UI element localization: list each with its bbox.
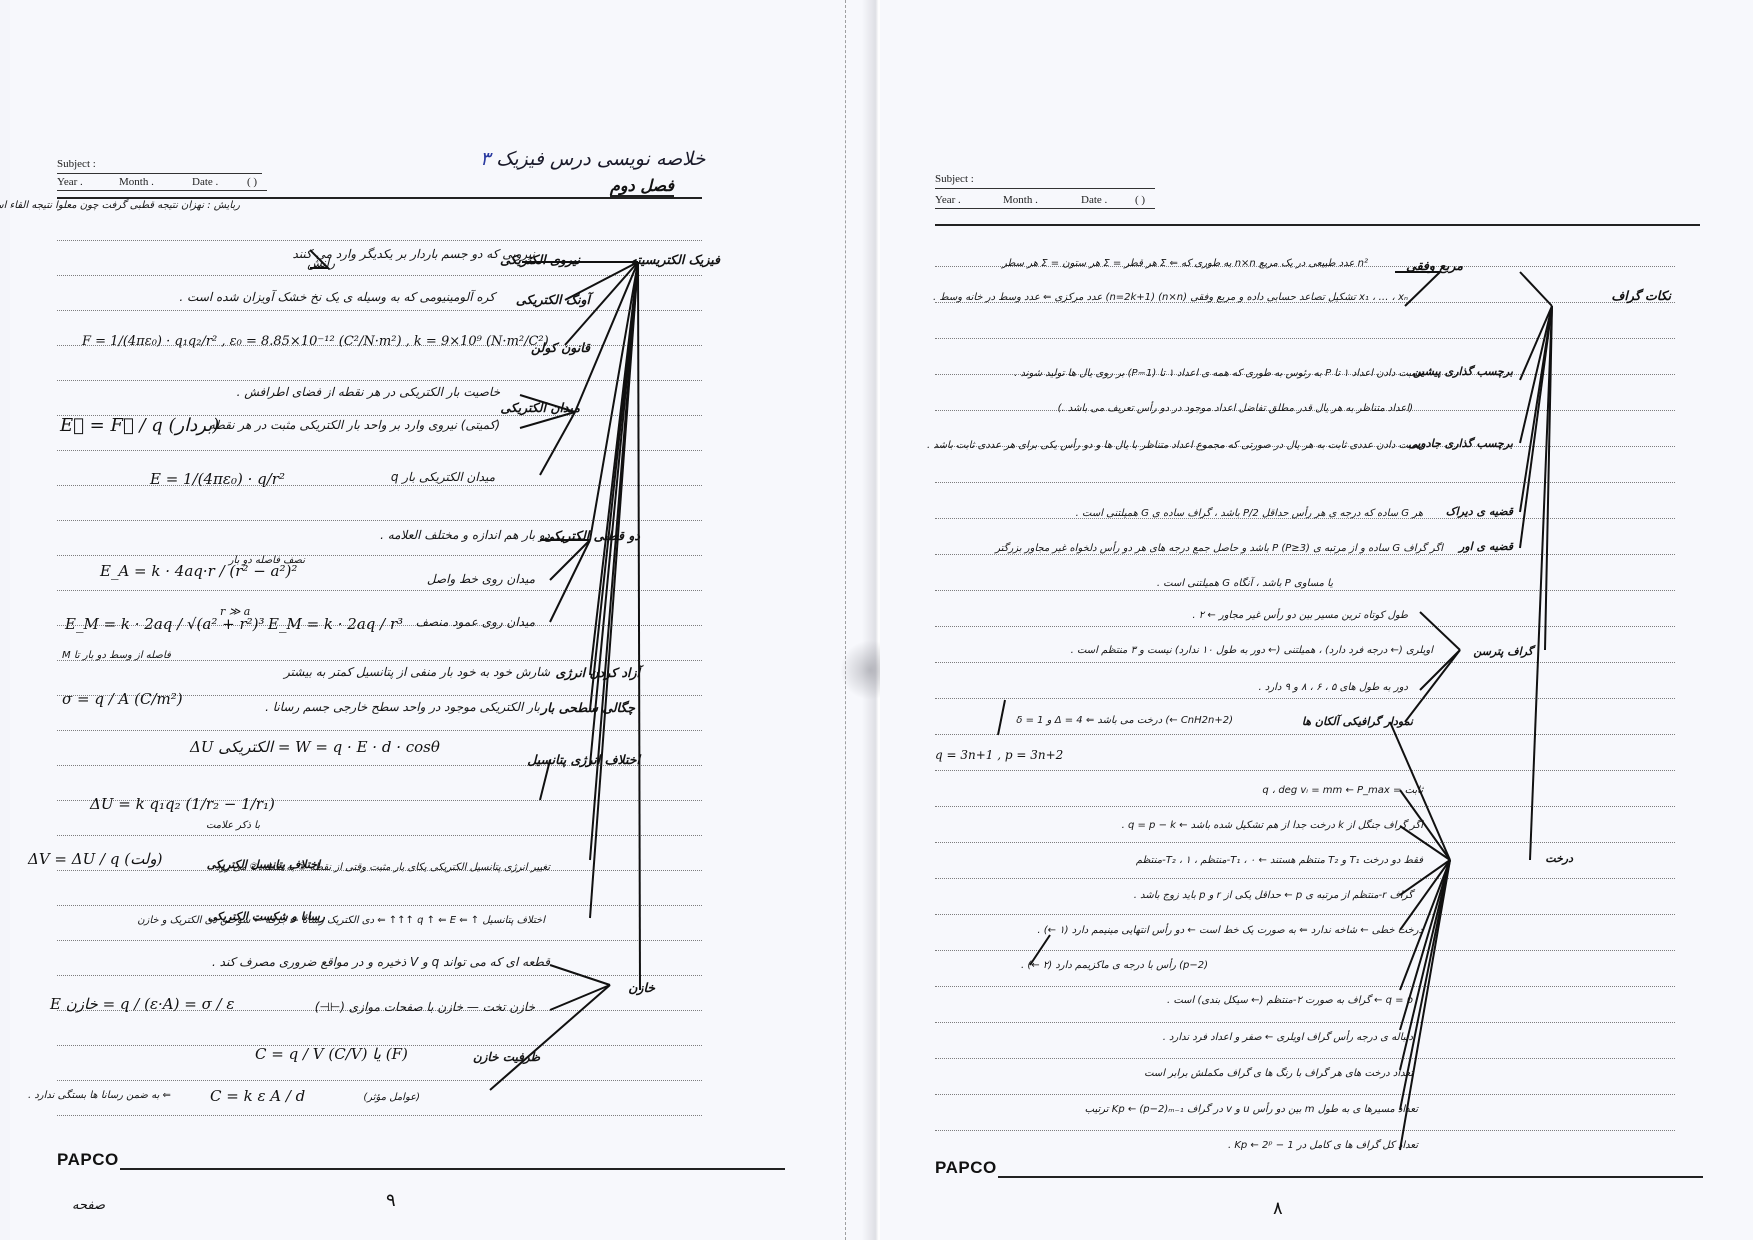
note-electric-pendulum: کره آلومینیومی که به وسیله ی یک نخ خشک آ… <box>179 290 495 304</box>
note-tree-6: (p−2) رأس با درجه ی ماکزیمم دارد (۲ ←) . <box>1021 960 1208 971</box>
root-topic: فیزیک الکتریسیته <box>631 252 720 267</box>
note-with-sign: با ذکر علامت <box>206 820 260 831</box>
note-repulsion: رانش <box>307 256 335 270</box>
note-magic-labeling: نسبت دادن عددی ثابت به هر یال در صورتی ک… <box>927 440 1423 451</box>
note-tree-11: تعداد کل گراف ها ی کامل در Kp ← 2ᵖ − 1 . <box>1228 1140 1418 1151</box>
topic-capacitance: ظرفیت خازن <box>473 1050 540 1064</box>
note-dielectric-breakdown: اختلاف پتانسیل ↑ ⇐ q ↑ ⇐ E ↑↑↑ ⇐ دی الکت… <box>137 915 545 926</box>
condition-r-gg-a: r ≫ a <box>220 605 250 618</box>
note-tree-2: اگر گراف جنگل از k درخت جدا از هم تشکیل … <box>1122 820 1423 831</box>
topic-magic-square: مربع وفقی <box>1406 258 1463 273</box>
page-label: صفحه <box>72 1198 105 1213</box>
note-magic-square-2: x₁ ، … ، xₙ تشکیل تصاعد حسابی داده و مرب… <box>933 292 1408 303</box>
note-tree-8: دنباله ی درجه رأس گراف اویلری ← صفر و اع… <box>1163 1032 1413 1043</box>
formula-delta-v: ΔV = ΔU / q (ولت) <box>28 850 162 868</box>
note-dirac: هر G ساده که درجه ی هر رأس حداقل P/2 باش… <box>1076 508 1423 519</box>
topic-dirac-theorem: قضیه ی دیراک <box>1446 505 1513 518</box>
note-half-distance: نصف فاصله دو بار <box>229 555 305 566</box>
note-tree-4: گراف r-منتظم از مرتبه ی p ← حداقل یکی از… <box>1134 890 1413 901</box>
left-page: Subject : Year . Month . Date . ( ) خلاص… <box>10 0 880 1240</box>
notebook-spread: Subject : Year . Month . Date . ( ) خلاص… <box>0 0 1753 1240</box>
note-tree-7: q = p ← گراف به صورت ۲-منتظم (← سیکل بند… <box>1167 995 1413 1006</box>
note-ore-1: اگر گراف G ساده و از مرتبه ی P (P≥3) باش… <box>995 543 1443 554</box>
topic-energy-release: آزاد کردن انرژی <box>555 665 640 680</box>
topic-tree: درخت <box>1545 852 1573 865</box>
note-graceful-1: نسبت دادن اعداد ۱ تا P به رئوس به طوری ک… <box>1014 368 1423 379</box>
formula-alkane: q = 3n+1 , p = 3n+2 <box>935 748 1063 762</box>
note-field-1: خاصیت بار الکتریکی در هر نقطه از فضای اط… <box>237 385 500 399</box>
footer-rule <box>120 1168 785 1170</box>
note-dipole-3: میدان روی عمود منصف <box>416 615 535 629</box>
note-energy-release: شارش خود به خود بار منفی از پتانسیل کمتر… <box>284 665 550 679</box>
page-number: ۸ <box>1273 1198 1283 1219</box>
formula-capacitor-field: E خازن = q / (ε·A) = σ / ε <box>50 995 234 1013</box>
note-surface-charge: بار الکتریکی موجود در واحد سطح خارجی جسم… <box>265 700 540 714</box>
topic-ore-theorem: قضیه ی اور <box>1459 540 1513 553</box>
footer-rule <box>998 1176 1703 1178</box>
note-effective-factors: (عوامل مؤثر) <box>363 1092 420 1103</box>
topic-petersen-graph: گراف پترسن <box>1473 645 1533 658</box>
note-potential-diff: تغییر انرژی پتانسیل الکتریکی یکای بار مث… <box>215 862 550 873</box>
note-magic-square-1: n² عدد طبیعی در یک مربع n×n به طوری که ⇐… <box>1002 258 1368 269</box>
papco-brand: PAPCO <box>935 1158 997 1178</box>
note-tree-1: ثابت = q ، deg vᵢ = mm ← P_max <box>1262 785 1423 796</box>
topic-alkane-graph: نمودار گرافیکی آلکان ها <box>1302 715 1413 728</box>
note-graceful-2: (اعداد متناظر به هر یال قدر مطلق تفاضل ا… <box>1058 403 1413 414</box>
formula-capacitance-geometry: C = k ε A / d <box>210 1087 305 1105</box>
page-number: ۹ <box>386 1190 396 1211</box>
note-distance-to-m: فاصله از وسط دو بار تا M <box>62 650 171 661</box>
note-dipole-2: میدان روی خط واصل <box>427 572 535 586</box>
topic-potential-energy-diff: اختلاف انرژی پتانسیل <box>527 752 640 767</box>
topic-surface-charge-density: چگالی سطحی بار <box>541 700 635 715</box>
topic-capacitor: خازن <box>628 980 655 995</box>
note-petersen-3: دور به طول های ۵ ، ۶ ، ۸ و ۹ دارد . <box>1259 682 1408 693</box>
note-tree-10: تعداد مسیرها ی به طول m بین دو رأس u و v… <box>1085 1104 1418 1115</box>
topic-electric-pendulum: آونگ الکتریکی <box>516 292 590 307</box>
note-petersen-1: طول کوتاه ترین مسیر بین دو رأس غیر مجاور… <box>1192 610 1408 621</box>
topic-electric-dipole: دو قطبی الکتریکی <box>544 528 640 543</box>
root-topic: نکات گراف <box>1611 288 1671 303</box>
formula-delta-u-coulomb: ΔU = k q₁q₂ (1/r₂ − 1/r₁) <box>90 795 275 813</box>
note-field-3: میدان الکتریکی بار q <box>391 470 495 484</box>
note-alkane-1: (CnH2n+2 ←) درخت می باشد ⇐ Δ = 4 و δ = 1 <box>1016 715 1233 726</box>
formula-field-vector: E⃗ = F⃗ / q (بردار) <box>60 415 219 436</box>
formula-coulomb: F = 1/(4πε₀) · q₁q₂/r² , ε₀ = 8.85×10⁻¹²… <box>82 334 549 349</box>
papco-brand: PAPCO <box>57 1150 119 1170</box>
note-capacitor-def: قطعه ای که می تواند q و V ذخیره و در موا… <box>212 955 550 969</box>
note-tree-5: درخت خطی ← شاخه ندارد ⇐ به صورت یک خط اس… <box>1037 925 1423 936</box>
margin-line <box>845 0 846 1240</box>
note-ore-2: یا مساوی P باشد ، آنگاه G همیلتنی است . <box>1157 578 1333 589</box>
topic-magic-labeling: برچسب گذاری جادویی <box>1408 437 1513 450</box>
note-not-dependent: ⇐ به ضمن رسانا ها بستگی ندارد . <box>28 1090 171 1101</box>
note-petersen-2: اویلری (← درجه فرد دارد) ، همیلتنی (← دو… <box>1071 645 1433 656</box>
formula-delta-u-work: ΔU الکتریکی = W = q · E · d · cosθ <box>190 738 440 756</box>
formula-dipole-approx: E_M = k · 2aq / r³ <box>268 615 403 633</box>
note-dipole-1: دو بار هم اندازه و مختلف العلامه . <box>380 528 550 542</box>
note-tree-3: فقط دو درخت T₁ و T₂ منتظم هستند ← T₁ ، ۰… <box>1136 855 1423 866</box>
topic-graceful-labeling: برچسب گذاری پیشین <box>1413 365 1513 378</box>
note-parallel-plate: خازن تخت — خازن با صفحات موازی (⊣⊢) <box>315 1000 535 1014</box>
note-field-2: (کمیتی) نیروی وارد بر واحد بار الکتریکی … <box>209 418 500 432</box>
formula-capacitance: C = q / V (C/V) یا (F) <box>255 1045 408 1063</box>
formula-sigma: σ = q / A (C/m²) <box>62 690 183 708</box>
note-tree-9: تعداد درخت های هر گراف با رنگ ها ی گراف … <box>1144 1068 1413 1079</box>
right-page: Subject : Year . Month . Date . ( ) <box>880 0 1753 1240</box>
formula-field-point: E = 1/(4πε₀) · q/r² <box>150 470 285 488</box>
topic-electric-field: میدان الکتریکی <box>500 400 580 415</box>
